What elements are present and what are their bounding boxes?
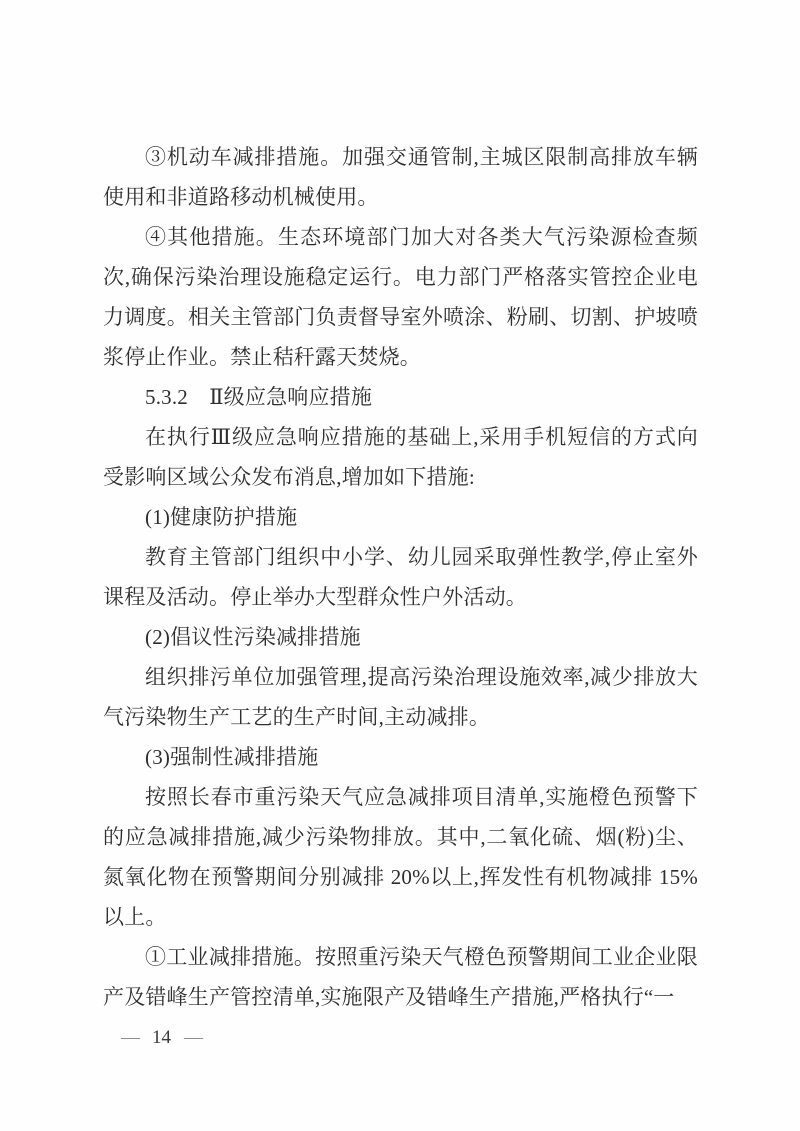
subheading-health-protection: (1)健康防护措施 bbox=[103, 497, 698, 537]
footer-left-dash: — bbox=[121, 1026, 139, 1050]
paragraph-level2-intro: 在执行Ⅲ级应急响应措施的基础上,采用手机短信的方式向受影响区域公众发布消息,增加… bbox=[103, 417, 698, 497]
paragraph-education-measures: 教育主管部门组织中小学、幼儿园采取弹性教学,停止室外课程及活动。停止举办大型群众… bbox=[103, 537, 698, 617]
paragraph-pollution-unit-management: 组织排污单位加强管理,提高污染治理设施效率,减少排放大气污染物生产工艺的生产时间… bbox=[103, 657, 698, 737]
page-number: 14 bbox=[152, 1026, 171, 1050]
subheading-mandatory-reduction: (3)强制性减排措施 bbox=[103, 737, 698, 777]
paragraph-vehicle-reduction: ③机动车减排措施。加强交通管制,主城区限制高排放车辆使用和非道路移动机械使用。 bbox=[103, 137, 698, 217]
document-page: ③机动车减排措施。加强交通管制,主城区限制高排放车辆使用和非道路移动机械使用。 … bbox=[0, 0, 800, 1131]
document-text-block: ③机动车减排措施。加强交通管制,主城区限制高排放车辆使用和非道路移动机械使用。 … bbox=[103, 137, 698, 1017]
section-heading-5-3-2: 5.3.2 Ⅱ级应急响应措施 bbox=[103, 377, 698, 417]
subheading-advocacy-reduction: (2)倡议性污染减排措施 bbox=[103, 617, 698, 657]
footer-right-dash: — bbox=[184, 1026, 202, 1050]
paragraph-emission-reduction-list: 按照长春市重污染天气应急减排项目清单,实施橙色预警下的应急减排措施,减少污染物排… bbox=[103, 777, 698, 937]
paragraph-industrial-reduction: ①工业减排措施。按照重污染天气橙色预警期间工业企业限产及错峰生产管控清单,实施限… bbox=[103, 937, 698, 1017]
paragraph-other-measures: ④其他措施。生态环境部门加大对各类大气污染源检查频次,确保污染治理设施稳定运行。… bbox=[103, 217, 698, 377]
page-footer: — 14 — bbox=[121, 1026, 202, 1050]
